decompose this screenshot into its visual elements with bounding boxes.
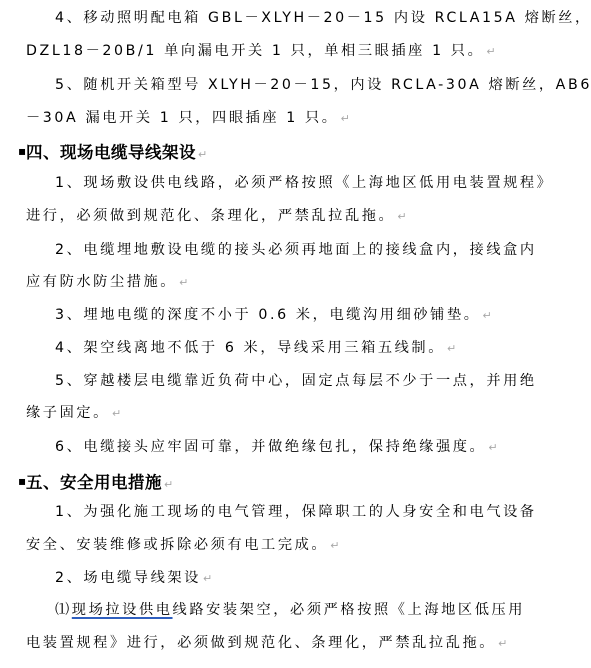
text-line: 6、电缆接头应牢固可靠，并做绝缘包扎，保持绝缘强度。↵ bbox=[55, 437, 498, 458]
paragraph-mark-icon: ↵ bbox=[203, 572, 212, 585]
text-line: －30A 漏电开关 1 只，四眼插座 1 只。↵ bbox=[26, 108, 350, 129]
text-line: 1、现场敷设供电线路，必须严格按照《上海地区低用电装置规程》 bbox=[55, 173, 553, 193]
text-line: 进行，必须做到规范化、条理化，严禁乱拉乱拖。↵ bbox=[26, 206, 407, 227]
bullet-icon: ▪ bbox=[18, 471, 26, 491]
text-line: 应有防水防尘措施。↵ bbox=[26, 272, 188, 293]
paragraph-mark-icon: ↵ bbox=[397, 210, 406, 223]
text-line: 1、为强化施工现场的电气管理，保障职工的人身安全和电气设备 bbox=[55, 502, 537, 522]
text-line: 5、穿越楼层电缆靠近负荷中心，固定点每层不少于一点，并用绝 bbox=[55, 371, 537, 391]
paragraph-mark-icon: ↵ bbox=[330, 539, 339, 552]
paragraph-mark-icon: ↵ bbox=[498, 637, 507, 650]
paragraph-mark-icon: ↵ bbox=[483, 309, 492, 322]
paragraph-mark-icon: ↵ bbox=[447, 342, 456, 355]
paragraph-mark-icon: ↵ bbox=[112, 407, 121, 420]
text-line: DZL18－20B/1 单向漏电开关 1 只，单相三眼插座 1 只。↵ bbox=[26, 41, 496, 62]
document-page: 4、移动照明配电箱 GBL－XLYH－20－15 内设 RCLA15A 熔断丝，… bbox=[0, 0, 591, 668]
paragraph-mark-icon: ↵ bbox=[164, 478, 173, 491]
paragraph-mark-icon: ↵ bbox=[486, 45, 495, 58]
text-line: 缘子固定。↵ bbox=[26, 403, 121, 424]
text-line: 电装置规程》进行，必须做到规范化、条理化，严禁乱拉乱拖。↵ bbox=[26, 633, 507, 654]
text-line: 安全、安装维修或拆除必须有电工完成。↵ bbox=[26, 535, 339, 556]
bullet-icon: ▪ bbox=[18, 141, 26, 161]
text-line: 4、架空线离地不低于 6 米，导线采用三箱五线制。↵ bbox=[55, 338, 456, 359]
text-line: 3、埋地电缆的深度不小于 0.6 米，电缆沟用细砂铺垫。↵ bbox=[55, 305, 492, 326]
paragraph-mark-icon: ↵ bbox=[198, 148, 207, 161]
text-line: 2、电缆埋地敷设电缆的接头必须再地面上的接线盒内，接线盒内 bbox=[55, 240, 537, 260]
text-line: ⑴现场拉设供电线路安装架空，必须严格按照《上海地区低压用 bbox=[55, 600, 525, 620]
paragraph-mark-icon: ↵ bbox=[341, 112, 350, 125]
underlined-text: 现场拉设供电 bbox=[72, 602, 173, 618]
section-heading: ▪四、现场电缆导线架设↵ bbox=[18, 141, 207, 165]
paragraph-mark-icon: ↵ bbox=[179, 276, 188, 289]
text-line: 5、随机开关箱型号 XLYH－20－15，内设 RCLA-30A 熔断丝，AB6… bbox=[55, 75, 591, 95]
text-line: 2、场电缆导线架设↵ bbox=[55, 568, 212, 589]
paragraph-mark-icon: ↵ bbox=[488, 441, 497, 454]
text-line: 4、移动照明配电箱 GBL－XLYH－20－15 内设 RCLA15A 熔断丝， bbox=[55, 8, 591, 28]
section-heading: ▪五、安全用电措施↵ bbox=[18, 471, 173, 495]
